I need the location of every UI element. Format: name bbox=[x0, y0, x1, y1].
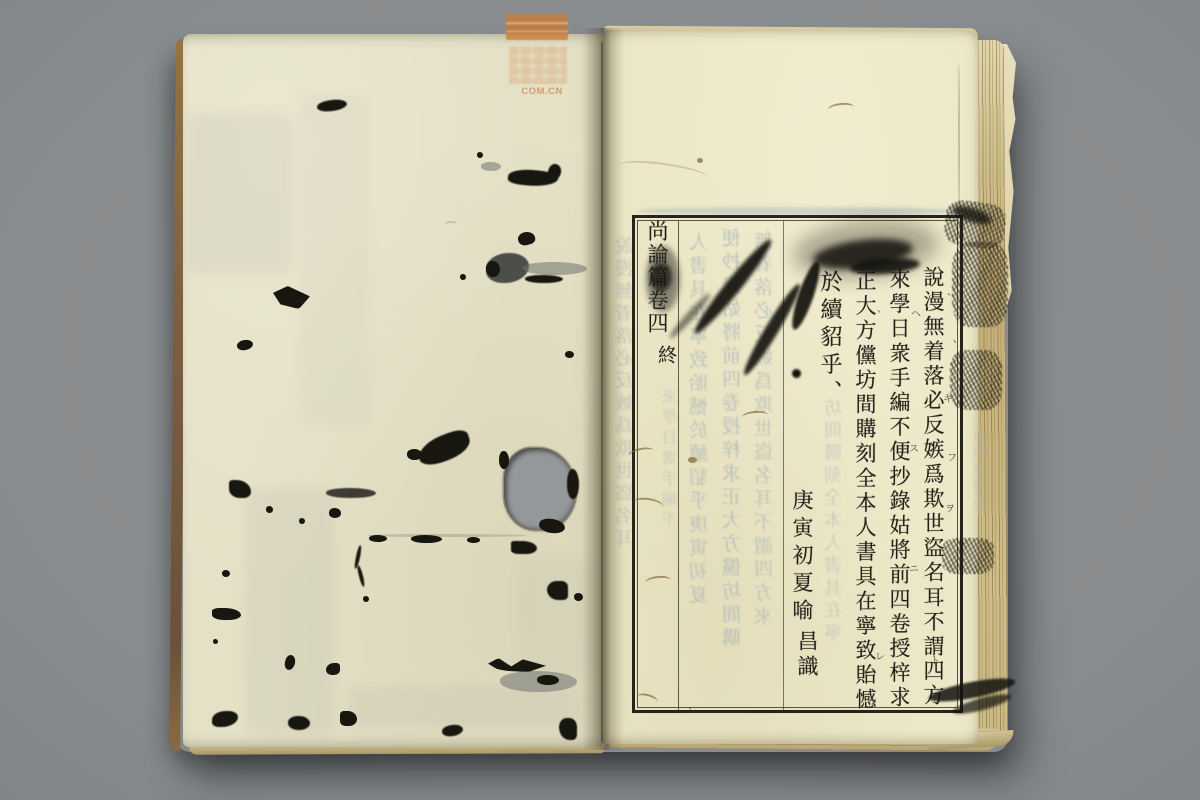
kunten-mark: ヲ bbox=[945, 500, 955, 515]
ink-squiggle bbox=[547, 581, 568, 600]
photo-stage: 人書具在寧致貽憾於續貂乎庚寅初夏便抄錄姑將前四卷授梓求正大方儻坊間購無着落必反嫉… bbox=[0, 0, 1200, 800]
end-mark: 終 bbox=[650, 345, 680, 364]
ink-stain bbox=[288, 716, 310, 730]
edge-ink-scribble bbox=[942, 538, 994, 574]
kunten-mark: ス bbox=[909, 440, 919, 455]
worm-hole bbox=[504, 448, 576, 530]
ink-blot bbox=[486, 261, 500, 277]
spine-fold-line bbox=[601, 42, 603, 742]
frame-bleedthrough-band bbox=[638, 207, 966, 215]
ink-stain bbox=[499, 451, 509, 469]
kunten-mark: ニ bbox=[909, 560, 919, 575]
title-smudge-core bbox=[650, 262, 672, 292]
ink-speck bbox=[363, 596, 369, 602]
ink-speck bbox=[565, 351, 574, 358]
ink-speck bbox=[299, 518, 305, 524]
left-page bbox=[183, 34, 602, 747]
paper-speck bbox=[688, 457, 697, 463]
text-column-1: 說漫無着落必反嫉爲欺世盜名耳不謂四方 bbox=[916, 266, 950, 709]
ink-stain bbox=[481, 162, 501, 171]
watermark-logo-block bbox=[506, 14, 568, 40]
text-column-4: 於續貂乎、 bbox=[814, 270, 846, 408]
ink-stain bbox=[212, 711, 238, 727]
ink-stain bbox=[326, 488, 376, 498]
ink-smudge bbox=[414, 427, 473, 468]
right-page: 人書具在寧致貽憾於續貂乎庚寅初夏便抄錄姑將前四卷授梓求正大方儻坊間購無着落必反嫉… bbox=[600, 30, 978, 744]
ink-stain bbox=[326, 663, 340, 675]
paper-fibre bbox=[445, 221, 457, 227]
repair-patch bbox=[349, 687, 579, 727]
signature-name: 昌識 bbox=[792, 630, 822, 680]
ink-speck bbox=[213, 639, 218, 644]
ink-stain bbox=[467, 537, 480, 543]
ink-stain bbox=[407, 449, 422, 460]
ink-squiggle bbox=[356, 565, 365, 587]
ink-stain bbox=[369, 535, 387, 542]
text-column-2: 來學日衆手編不便抄錄姑將前四卷授梓求 bbox=[882, 268, 916, 711]
text-column-3: 正大方儻坊間購刻全本人書具在寧致貽憾 bbox=[848, 270, 882, 713]
ink-speck bbox=[574, 593, 583, 601]
watermark: COM.CN bbox=[500, 10, 584, 102]
ink-stain bbox=[340, 711, 357, 726]
kunten-mark: ヘ bbox=[911, 305, 921, 320]
ink-speck bbox=[477, 152, 483, 158]
watermark-url: COM.CN bbox=[500, 86, 584, 97]
ink-stain bbox=[236, 338, 254, 351]
paper-speck bbox=[697, 158, 703, 163]
edge-ink-scribble bbox=[952, 242, 1008, 327]
ink-stain bbox=[511, 541, 537, 554]
ink-stain bbox=[559, 718, 577, 740]
ink-stain bbox=[229, 480, 251, 498]
column-rule-title bbox=[678, 221, 679, 710]
repair-patch bbox=[299, 94, 369, 424]
ink-stain bbox=[567, 469, 579, 499]
watermark-seal-faint bbox=[509, 46, 567, 84]
kunten-mark: フ bbox=[947, 449, 957, 464]
ink-stain bbox=[517, 230, 537, 247]
repair-patch bbox=[187, 114, 292, 274]
ink-smudge bbox=[523, 262, 587, 275]
ghost-text-column: 前四卷授梓 bbox=[966, 428, 996, 516]
ink-speck bbox=[460, 274, 466, 280]
edge-ink-scribble bbox=[950, 350, 1002, 410]
ink-speck bbox=[266, 506, 273, 513]
page-crease bbox=[958, 64, 960, 214]
paper-fibre bbox=[827, 102, 854, 116]
fold-line bbox=[367, 534, 527, 537]
repair-patch bbox=[519, 559, 589, 679]
kunten-mark: ヽ bbox=[949, 333, 959, 348]
kunten-mark: 、 bbox=[877, 300, 887, 315]
repair-patch bbox=[246, 489, 334, 734]
ink-dot bbox=[792, 369, 801, 378]
ink-stain bbox=[411, 535, 442, 543]
ink-speck bbox=[329, 508, 341, 518]
kunten-mark: ト bbox=[930, 652, 940, 667]
kunten-mark: レ bbox=[875, 648, 885, 663]
kunten-mark: 、 bbox=[688, 697, 698, 712]
column-rule-signature bbox=[783, 221, 784, 710]
ink-stain bbox=[525, 275, 563, 283]
ink-speck bbox=[222, 570, 230, 577]
ink-stain bbox=[537, 675, 559, 685]
ink-stain bbox=[212, 608, 241, 620]
signature-date: 庚寅初夏喻 bbox=[786, 489, 818, 627]
